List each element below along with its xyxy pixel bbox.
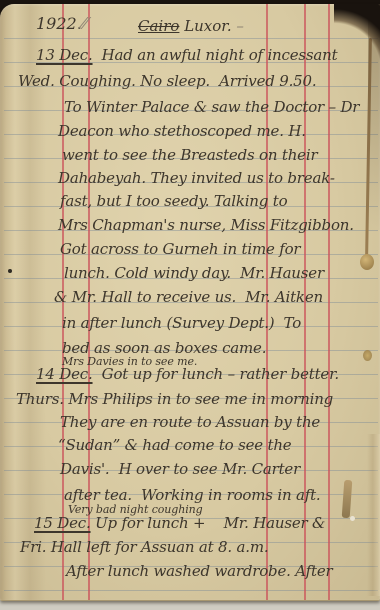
handwriting-text: lunch. Cold windy day. Mr. Hauser xyxy=(64,264,324,282)
handwriting-text: Deacon who stethoscoped me. H. xyxy=(58,122,306,140)
page-corner-shadow xyxy=(334,4,380,70)
handwriting-text: in after lunch (Survey Dept.) To xyxy=(62,314,301,332)
weekday-label: Wed. xyxy=(18,72,55,90)
bookmark-tassel-knot xyxy=(360,254,374,270)
diary-line: after tea. Working in rooms in aft. xyxy=(64,488,320,503)
diary-line: 14 Dec. Got up for lunch – rather better… xyxy=(36,367,339,382)
paper-speck xyxy=(350,516,355,521)
diary-line: “Sudan” & had come to see the xyxy=(58,438,291,453)
ink-dot xyxy=(8,269,12,273)
handwriting-text: Coughing. No sleep. Arrived 9.50. xyxy=(55,72,317,90)
notebook-page: 1922.⁄⁄ Cairo Luxor. – 13 Dec. Had an aw… xyxy=(0,4,380,601)
handwriting-text: & Mr. Hall to receive us. Mr. Aitken xyxy=(54,288,323,306)
diary-line: Fri. Hall left for Assuan at 8. a.m. xyxy=(20,540,268,555)
handwriting-text: Mrs Philips in to see me in morning xyxy=(64,390,333,408)
diary-line: went to see the Breasteds on their xyxy=(62,148,317,163)
handwriting-text: To Winter Palace & saw the Doctor – Dr xyxy=(64,98,359,116)
diary-line: Got across to Gurneh in time for xyxy=(60,242,300,257)
year-text: 1922. xyxy=(36,14,82,33)
handwriting-text: after tea. Working in rooms in aft. xyxy=(64,486,320,504)
handwriting-text: went to see the Breasteds on their xyxy=(62,146,317,164)
handwriting-text: They are en route to Assuan by the xyxy=(60,413,320,431)
diary-line: Dahabeyah. They invited us to break- xyxy=(58,171,335,186)
diary-line: 13 Dec. Had an awful night of incessant xyxy=(36,48,337,63)
diary-line: fast, but I too seedy. Talking to xyxy=(60,194,287,209)
diary-line: After lunch washed wardrobe. After xyxy=(66,564,332,579)
handwriting-text: After lunch washed wardrobe. After xyxy=(66,562,332,580)
handwriting-text: Up for lunch + Mr. Hauser & xyxy=(91,514,326,532)
diary-line: Wed. Coughing. No sleep. Arrived 9.50. xyxy=(18,74,316,89)
handwriting-text: Dahabeyah. They invited us to break- xyxy=(58,169,335,187)
diary-line: They are en route to Assuan by the xyxy=(60,415,320,430)
date-label: 14 Dec. xyxy=(36,365,93,383)
date-label: 13 Dec. xyxy=(36,46,93,64)
pencil-slash-mark: ⁄⁄ xyxy=(82,14,87,33)
weekday-label: Thurs. xyxy=(16,390,64,408)
wax-spot xyxy=(363,350,372,361)
handwriting-text: fast, but I too seedy. Talking to xyxy=(60,192,287,210)
year-label: 1922.⁄⁄ xyxy=(36,14,87,33)
diary-line: To Winter Palace & saw the Doctor – Dr xyxy=(64,100,359,115)
date-label: 15 Dec. xyxy=(34,514,91,532)
diary-line: & Mr. Hall to receive us. Mr. Aitken xyxy=(54,290,323,305)
diary-line: bed as soon as boxes came. xyxy=(62,341,266,356)
handwriting-text: Got across to Gurneh in time for xyxy=(60,240,300,258)
diary-line: Davis'. H over to see Mr. Carter xyxy=(60,462,300,477)
diary-line: lunch. Cold windy day. Mr. Hauser xyxy=(64,266,324,281)
handwriting-text: Got up for lunch – rather better. xyxy=(93,365,339,383)
diary-line: Deacon who stethoscoped me. H. xyxy=(58,124,306,139)
pencil-dash-mark: – xyxy=(232,17,244,35)
handwriting-text: Mrs Chapman's nurse, Miss Fitzgibbon. xyxy=(58,216,354,234)
diary-line: Mrs Chapman's nurse, Miss Fitzgibbon. xyxy=(58,218,354,233)
handwriting-text: Had an awful night of incessant xyxy=(93,46,338,64)
under-page-edges xyxy=(367,434,380,596)
diary-line: Thurs. Mrs Philips in to see me in morni… xyxy=(16,392,333,407)
handwriting-text: “Sudan” & had come to see the xyxy=(58,436,291,454)
weekday-label: Fri. xyxy=(20,538,46,556)
page-heading: Cairo Luxor. – xyxy=(138,17,244,35)
diary-line: 15 Dec. Up for lunch + Mr. Hauser & xyxy=(34,516,325,531)
margin-rule-line xyxy=(328,4,330,600)
handwriting-text: Hall left for Assuan at 8. a.m. xyxy=(46,538,268,556)
handwriting-text: Davis'. H over to see Mr. Carter xyxy=(60,460,300,478)
diary-page-photo: 1922.⁄⁄ Cairo Luxor. – 13 Dec. Had an aw… xyxy=(0,0,380,610)
diary-line: in after lunch (Survey Dept.) To xyxy=(62,316,301,331)
struck-out-word: Cairo xyxy=(138,17,179,35)
heading-place: Luxor. xyxy=(179,17,231,35)
